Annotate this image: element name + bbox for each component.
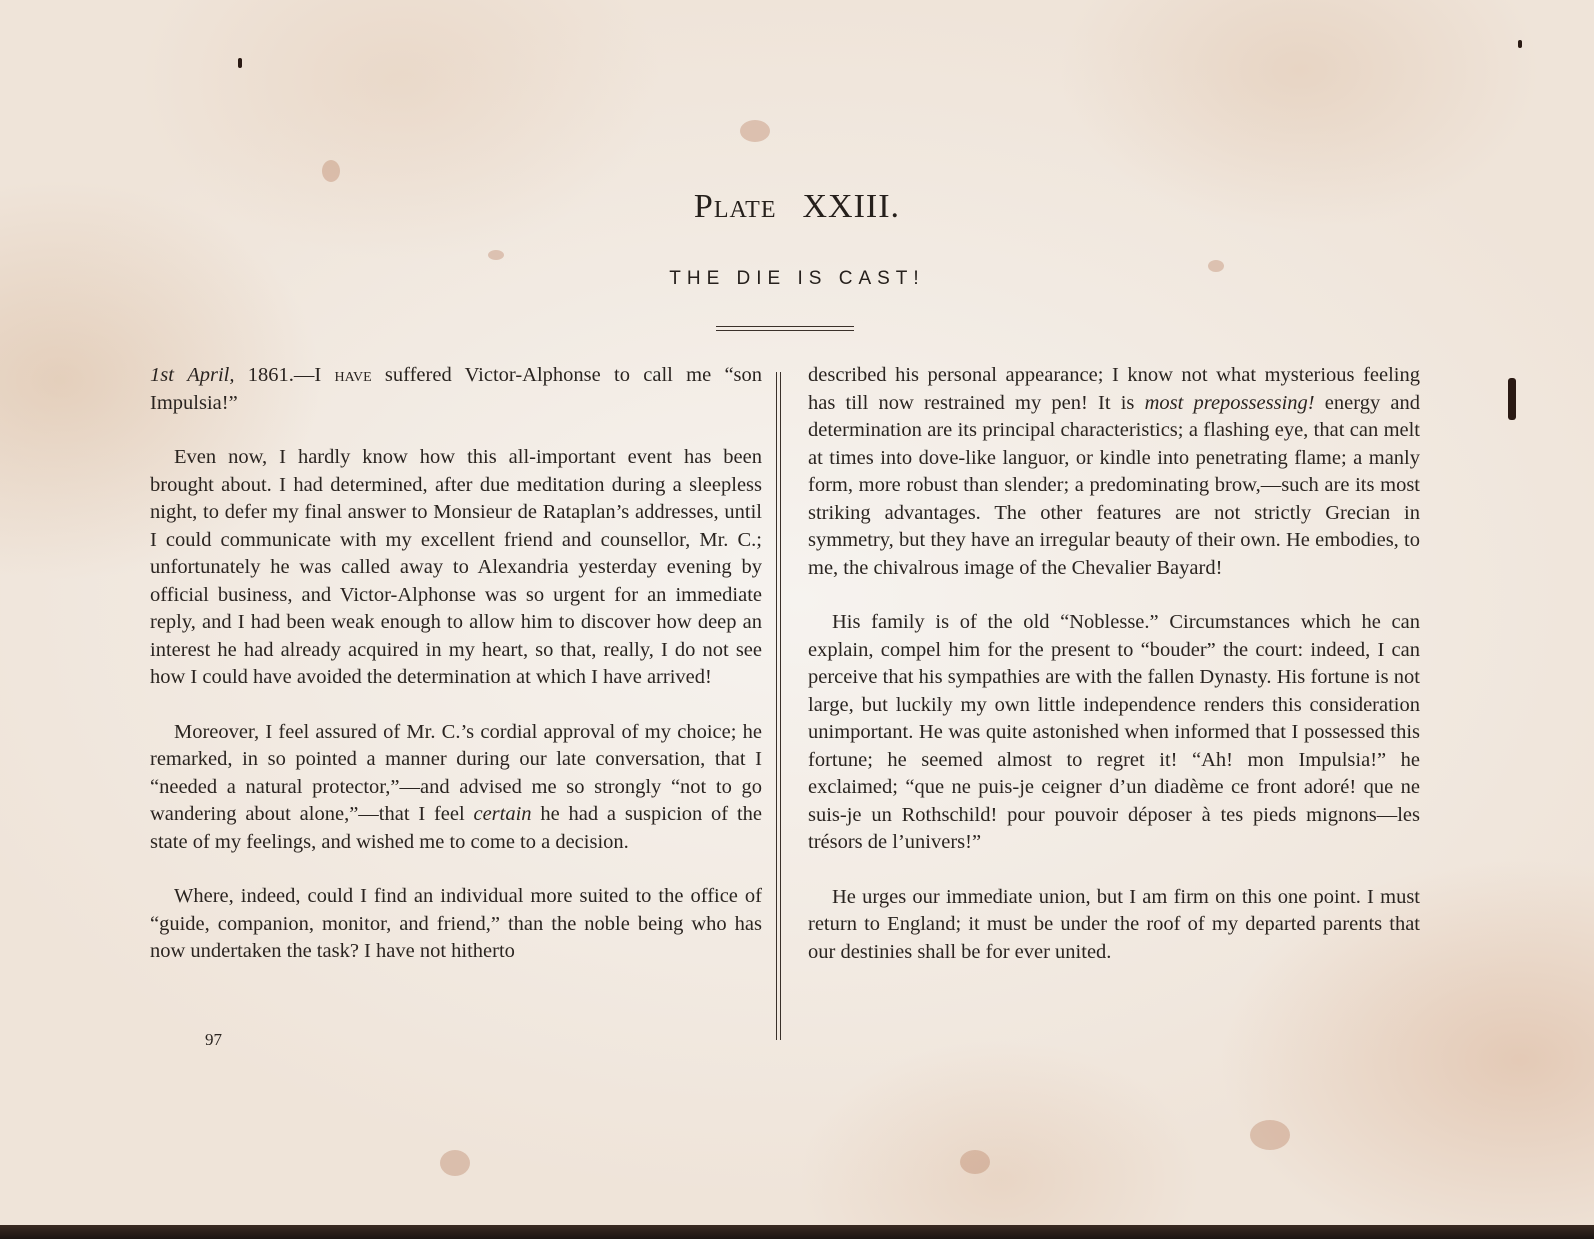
foxing-stain [322, 160, 340, 182]
plate-label: Plate [694, 188, 777, 225]
paragraph-date-entry: 1st April, 1861.—I have suffered Victor-… [150, 362, 762, 417]
book-page: PlateXXIII. THE DIE IS CAST! 1st April, … [0, 0, 1594, 1225]
date-month: April, [187, 364, 234, 386]
chapter-subtitle: THE DIE IS CAST! [0, 268, 1594, 290]
paragraph: He urges our immediate union, but I am f… [808, 884, 1420, 967]
foxing-stain [740, 120, 770, 142]
foxing-stain [488, 250, 504, 260]
plate-number: XXIII. [802, 188, 900, 225]
paragraph: Moreover, I feel assured of Mr. C.’s cor… [150, 719, 762, 857]
column-divider [776, 372, 781, 1040]
paragraph-text: energy and determination are its princip… [808, 392, 1420, 579]
paragraph: His family is of the old “Noblesse.” Cir… [808, 609, 1420, 857]
ink-mark [238, 58, 242, 68]
italic-emphasis: most prepossessing! [1145, 392, 1315, 414]
foxing-stain [440, 1150, 470, 1176]
ink-mark [1518, 40, 1522, 48]
foxing-stain [960, 1150, 990, 1174]
paragraph: described his personal appearance; I kno… [808, 362, 1420, 582]
page-number: 97 [205, 1030, 222, 1050]
left-column: 1st April, 1861.—I have suffered Victor-… [150, 362, 762, 966]
paragraph: Even now, I hardly know how this all-imp… [150, 444, 762, 692]
ink-mark [1508, 378, 1516, 420]
foxing-stain [1250, 1120, 1290, 1150]
paragraph: Where, indeed, could I find an individua… [150, 883, 762, 966]
date-day: 1st [150, 364, 174, 386]
italic-emphasis: certain [473, 803, 531, 825]
date-year: 1861.—I [235, 364, 335, 386]
page-bottom-edge [0, 1225, 1594, 1239]
title-rule [716, 326, 854, 331]
right-column: described his personal appearance; I kno… [808, 362, 1420, 966]
smallcaps-word: have [335, 364, 372, 386]
plate-title: PlateXXIII. [0, 188, 1594, 226]
